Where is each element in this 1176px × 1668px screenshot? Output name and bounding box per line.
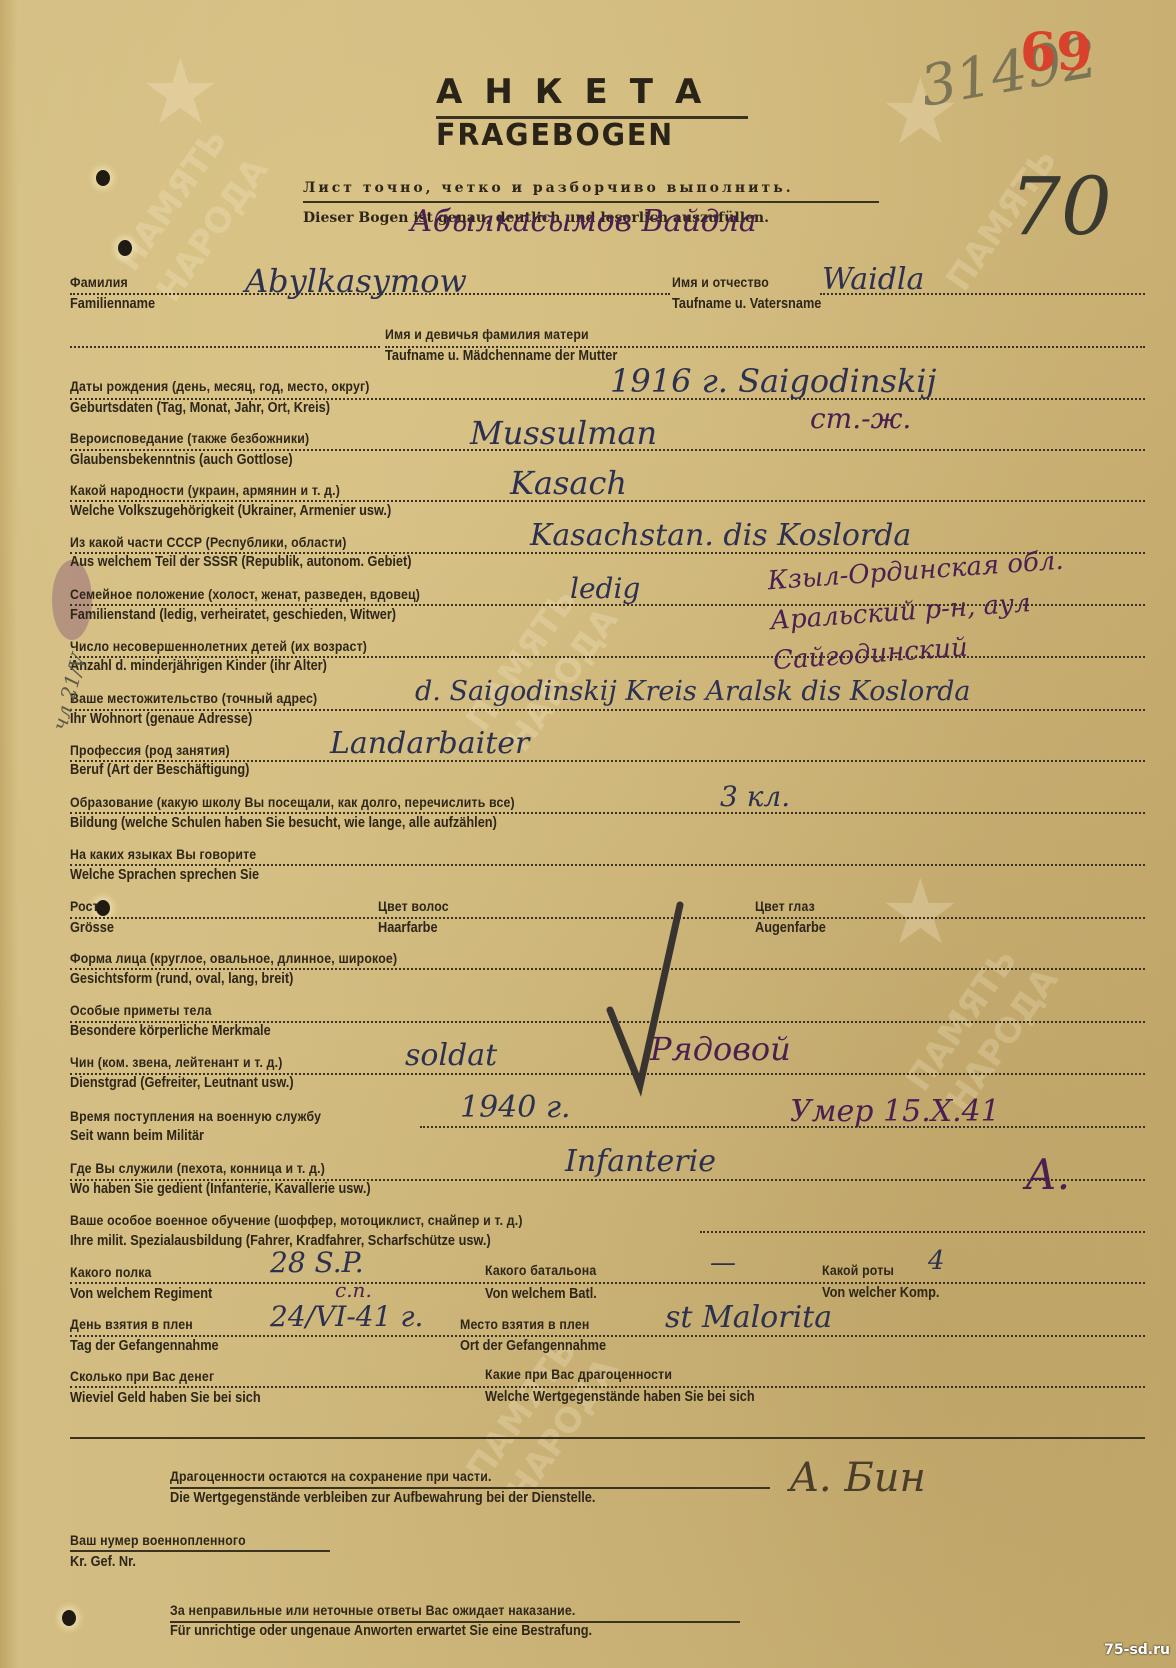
field-label-de: Welche Wertgegenstände haben Sie bei sic… [485, 1389, 755, 1405]
corner-number: 70 [1010, 160, 1112, 253]
field-label-de: Dienstgrad (Gefreiter, Leutnant usw.) [70, 1075, 294, 1091]
field-label-ru: Профессия (род занятия) [70, 742, 230, 758]
warning-de: Für unrichtige oder ungenaue Anworten er… [170, 1623, 592, 1639]
punch-hole [96, 170, 110, 186]
field-label-ru: Рост [70, 898, 99, 914]
pow-number-label-ru: Ваш нумер военнопленного [70, 1532, 246, 1548]
field-value-regiment[interactable]: 28 S.P. [270, 1246, 364, 1279]
field-line [420, 1126, 1145, 1128]
field-label-ru: Фамилия [70, 274, 128, 290]
field-value-profession[interactable]: Landarbaiter [330, 726, 529, 761]
field-label-ru: Чин (ком. звена, лейтенант и т. д.) [70, 1054, 283, 1070]
field-label-ru: Место взятия в плен [460, 1316, 589, 1332]
field-label-ru: Имя и девичья фамилия матери [385, 326, 589, 342]
field-label-de: Haarfarbe [378, 920, 438, 936]
field-value-education[interactable]: 3 кл. [720, 780, 790, 813]
field-label-ru: Семейное положение (холост, женат, разве… [70, 586, 420, 602]
notice-line [170, 1487, 770, 1489]
field-label-ru: Время поступления на военную службу [70, 1108, 321, 1124]
field-label-ru: Даты рождения (день, месяц, год, место, … [70, 378, 370, 394]
field-label-ru: Образование (какую школу Вы посещали, ка… [70, 794, 515, 810]
field-label-ru: Ваше особое военное обучение (шоффер, мо… [70, 1212, 523, 1228]
field-label-de: Welche Sprachen sprechen Sie [70, 867, 259, 883]
field-label-ru: Какие при Вас драгоценности [485, 1366, 672, 1382]
cyrillic-name-overwrite: Абылкасымов Вайдла [410, 204, 757, 239]
field-value-service-since[interactable]: 1940 г. [460, 1090, 571, 1125]
instruction-ru: Лист точно, четко и разборчиво выполнить… [303, 180, 794, 196]
field-line [70, 812, 1145, 814]
document-page: ★ ПАМЯТЬ НАРОДА ★ ПАМЯТЬ ПАМЯТЬ НАРОДА ★… [0, 0, 1176, 1668]
site-watermark: 75-sd.ru [1104, 1642, 1170, 1658]
form-title-de: FRAGEBOGEN [436, 118, 674, 153]
birthplace-cyrillic: ст.-ж. [810, 402, 911, 435]
field-label-de: Glaubensbekenntnis (auch Gottlose) [70, 452, 293, 468]
field-label-de: Wo haben Sie gedient (Infanterie, Kavall… [70, 1181, 371, 1197]
field-value-battalion[interactable]: — [710, 1248, 736, 1278]
field-value-marital[interactable]: ledig [570, 572, 640, 605]
field-label-de: Familienstand (ledig, verheiratet, gesch… [70, 607, 396, 623]
field-value-branch[interactable]: Infanterie [565, 1144, 716, 1179]
field-value-company[interactable]: 4 [928, 1246, 945, 1276]
pow-number-field[interactable] [70, 1550, 330, 1552]
field-value-surname[interactable]: Abylkasymow [245, 262, 467, 300]
field-line [70, 346, 380, 348]
signature: A. Бин [790, 1455, 926, 1501]
field-label-ru: День взятия в плен [70, 1316, 193, 1332]
field-label-ru: Какого полка [70, 1264, 152, 1280]
field-value-capture-place[interactable]: st Malorita [665, 1300, 832, 1335]
instruction-divider [303, 201, 879, 203]
field-value-birth[interactable]: 1916 г. Saigodinskij [610, 362, 936, 400]
field-label-de: Taufname u. Vatersname [672, 296, 821, 312]
field-label-ru: Цвет волос [378, 898, 449, 914]
field-label-ru: Вероисповедание (также безбожники) [70, 430, 309, 446]
field-label-de: Beruf (Art der Beschäftigung) [70, 762, 249, 778]
red-number: 69 [1020, 22, 1092, 83]
field-label-de: Bildung (welche Schulen haben Sie besuch… [70, 815, 497, 831]
form-title-ru: АНКЕТА [436, 72, 723, 112]
field-label-ru: Ваше местожительство (точный адрес) [70, 690, 317, 706]
field-label-ru: Какого батальона [485, 1262, 596, 1278]
field-value-nationality[interactable]: Kasach [510, 464, 627, 502]
field-label-ru: Цвет глаз [755, 898, 815, 914]
field-label-de: Grösse [70, 920, 114, 936]
field-label-de: Ort der Gefangennahme [460, 1338, 606, 1354]
field-line [700, 1231, 1145, 1233]
punch-hole [62, 1610, 76, 1626]
death-note: Умер 15.X.41 [790, 1094, 1000, 1129]
field-label-ru: Число несовершеннолетних детей (их возра… [70, 638, 367, 654]
field-label-ru: На каких языках Вы говорите [70, 846, 256, 862]
field-line [70, 864, 1145, 866]
field-label-ru: Где Вы служили (пехота, конница и т. д.) [70, 1160, 325, 1176]
field-label-ru: Имя и отчество [672, 274, 769, 290]
field-label-de: Seit wann beim Militär [70, 1128, 204, 1144]
field-label-de: Augenfarbe [755, 920, 826, 936]
field-label-de: Von welchem Batl. [485, 1286, 597, 1302]
field-label-de: Welche Volkszugehörigkeit (Ukrainer, Arm… [70, 503, 391, 519]
field-label-de: Besondere körperliche Merkmale [70, 1023, 271, 1039]
address-cyrillic: Кзыл-Ординская обл. Аральский р-н, аул С… [766, 535, 1153, 681]
field-label-ru: Сколько при Вас денег [70, 1368, 214, 1384]
field-label-de: Taufname u. Mädchenname der Mutter [385, 348, 617, 364]
field-value-firstname[interactable]: Waidla [822, 262, 924, 297]
field-label-ru: Какой роты [822, 1262, 894, 1278]
warning-ru: За неправильные или неточные ответы Вас … [170, 1602, 576, 1618]
field-label-ru: Форма лица (круглое, овальное, длинное, … [70, 950, 397, 966]
field-label-de: Von welchem Regiment [70, 1286, 212, 1302]
field-label-de: Aus welchem Teil der SSSR (Republik, aut… [70, 554, 412, 570]
field-label-de: Geburtsdaten (Tag, Monat, Jahr, Ort, Kre… [70, 400, 330, 416]
field-label-de: Anzahl d. minderjährigen Kinder (ihr Alt… [70, 658, 327, 674]
field-label-de: Tag der Gefangennahme [70, 1338, 219, 1354]
checkmark-icon [600, 900, 690, 1100]
valuables-notice-ru: Драгоценности остаются на сохранение при… [170, 1468, 492, 1484]
field-label-de: Gesichtsform (rund, oval, lang, breit) [70, 971, 293, 987]
field-line [70, 1437, 1145, 1439]
field-value-capture-date[interactable]: 24/VI-41 г. [270, 1300, 423, 1333]
field-label-de: Von welcher Komp. [822, 1285, 939, 1301]
field-line [70, 1335, 1145, 1337]
field-label-de: Wieviel Geld haben Sie bei sich [70, 1390, 261, 1406]
field-value-rank[interactable]: soldat [405, 1038, 497, 1073]
field-value-religion[interactable]: Mussulman [470, 414, 657, 452]
field-label-ru: Особые приметы тела [70, 1002, 212, 1018]
field-line [70, 1282, 1145, 1284]
rank-cyrillic: Рядовой [650, 1030, 791, 1068]
initials: А. [1025, 1150, 1070, 1199]
valuables-notice-de: Die Wertgegenstände verbleiben zur Aufbe… [170, 1490, 595, 1506]
watermark-star-icon: ★ [880, 860, 961, 965]
pow-number-label-de: Kr. Gef. Nr. [70, 1554, 136, 1570]
field-line [70, 1386, 1145, 1388]
punch-hole [118, 240, 132, 256]
field-value-region[interactable]: Kasachstan. dis Koslorda [530, 518, 911, 553]
field-label-de: Familienname [70, 296, 155, 312]
field-label-de: Ihr Wohnort (genaue Adresse) [70, 711, 252, 727]
field-value-address[interactable]: d. Saigodinskij Kreis Aralsk dis Koslord… [415, 676, 971, 707]
field-label-ru: Какой народности (украин, армянин и т. д… [70, 482, 340, 498]
field-label-ru: Из какой части СССР (Республики, области… [70, 534, 347, 550]
